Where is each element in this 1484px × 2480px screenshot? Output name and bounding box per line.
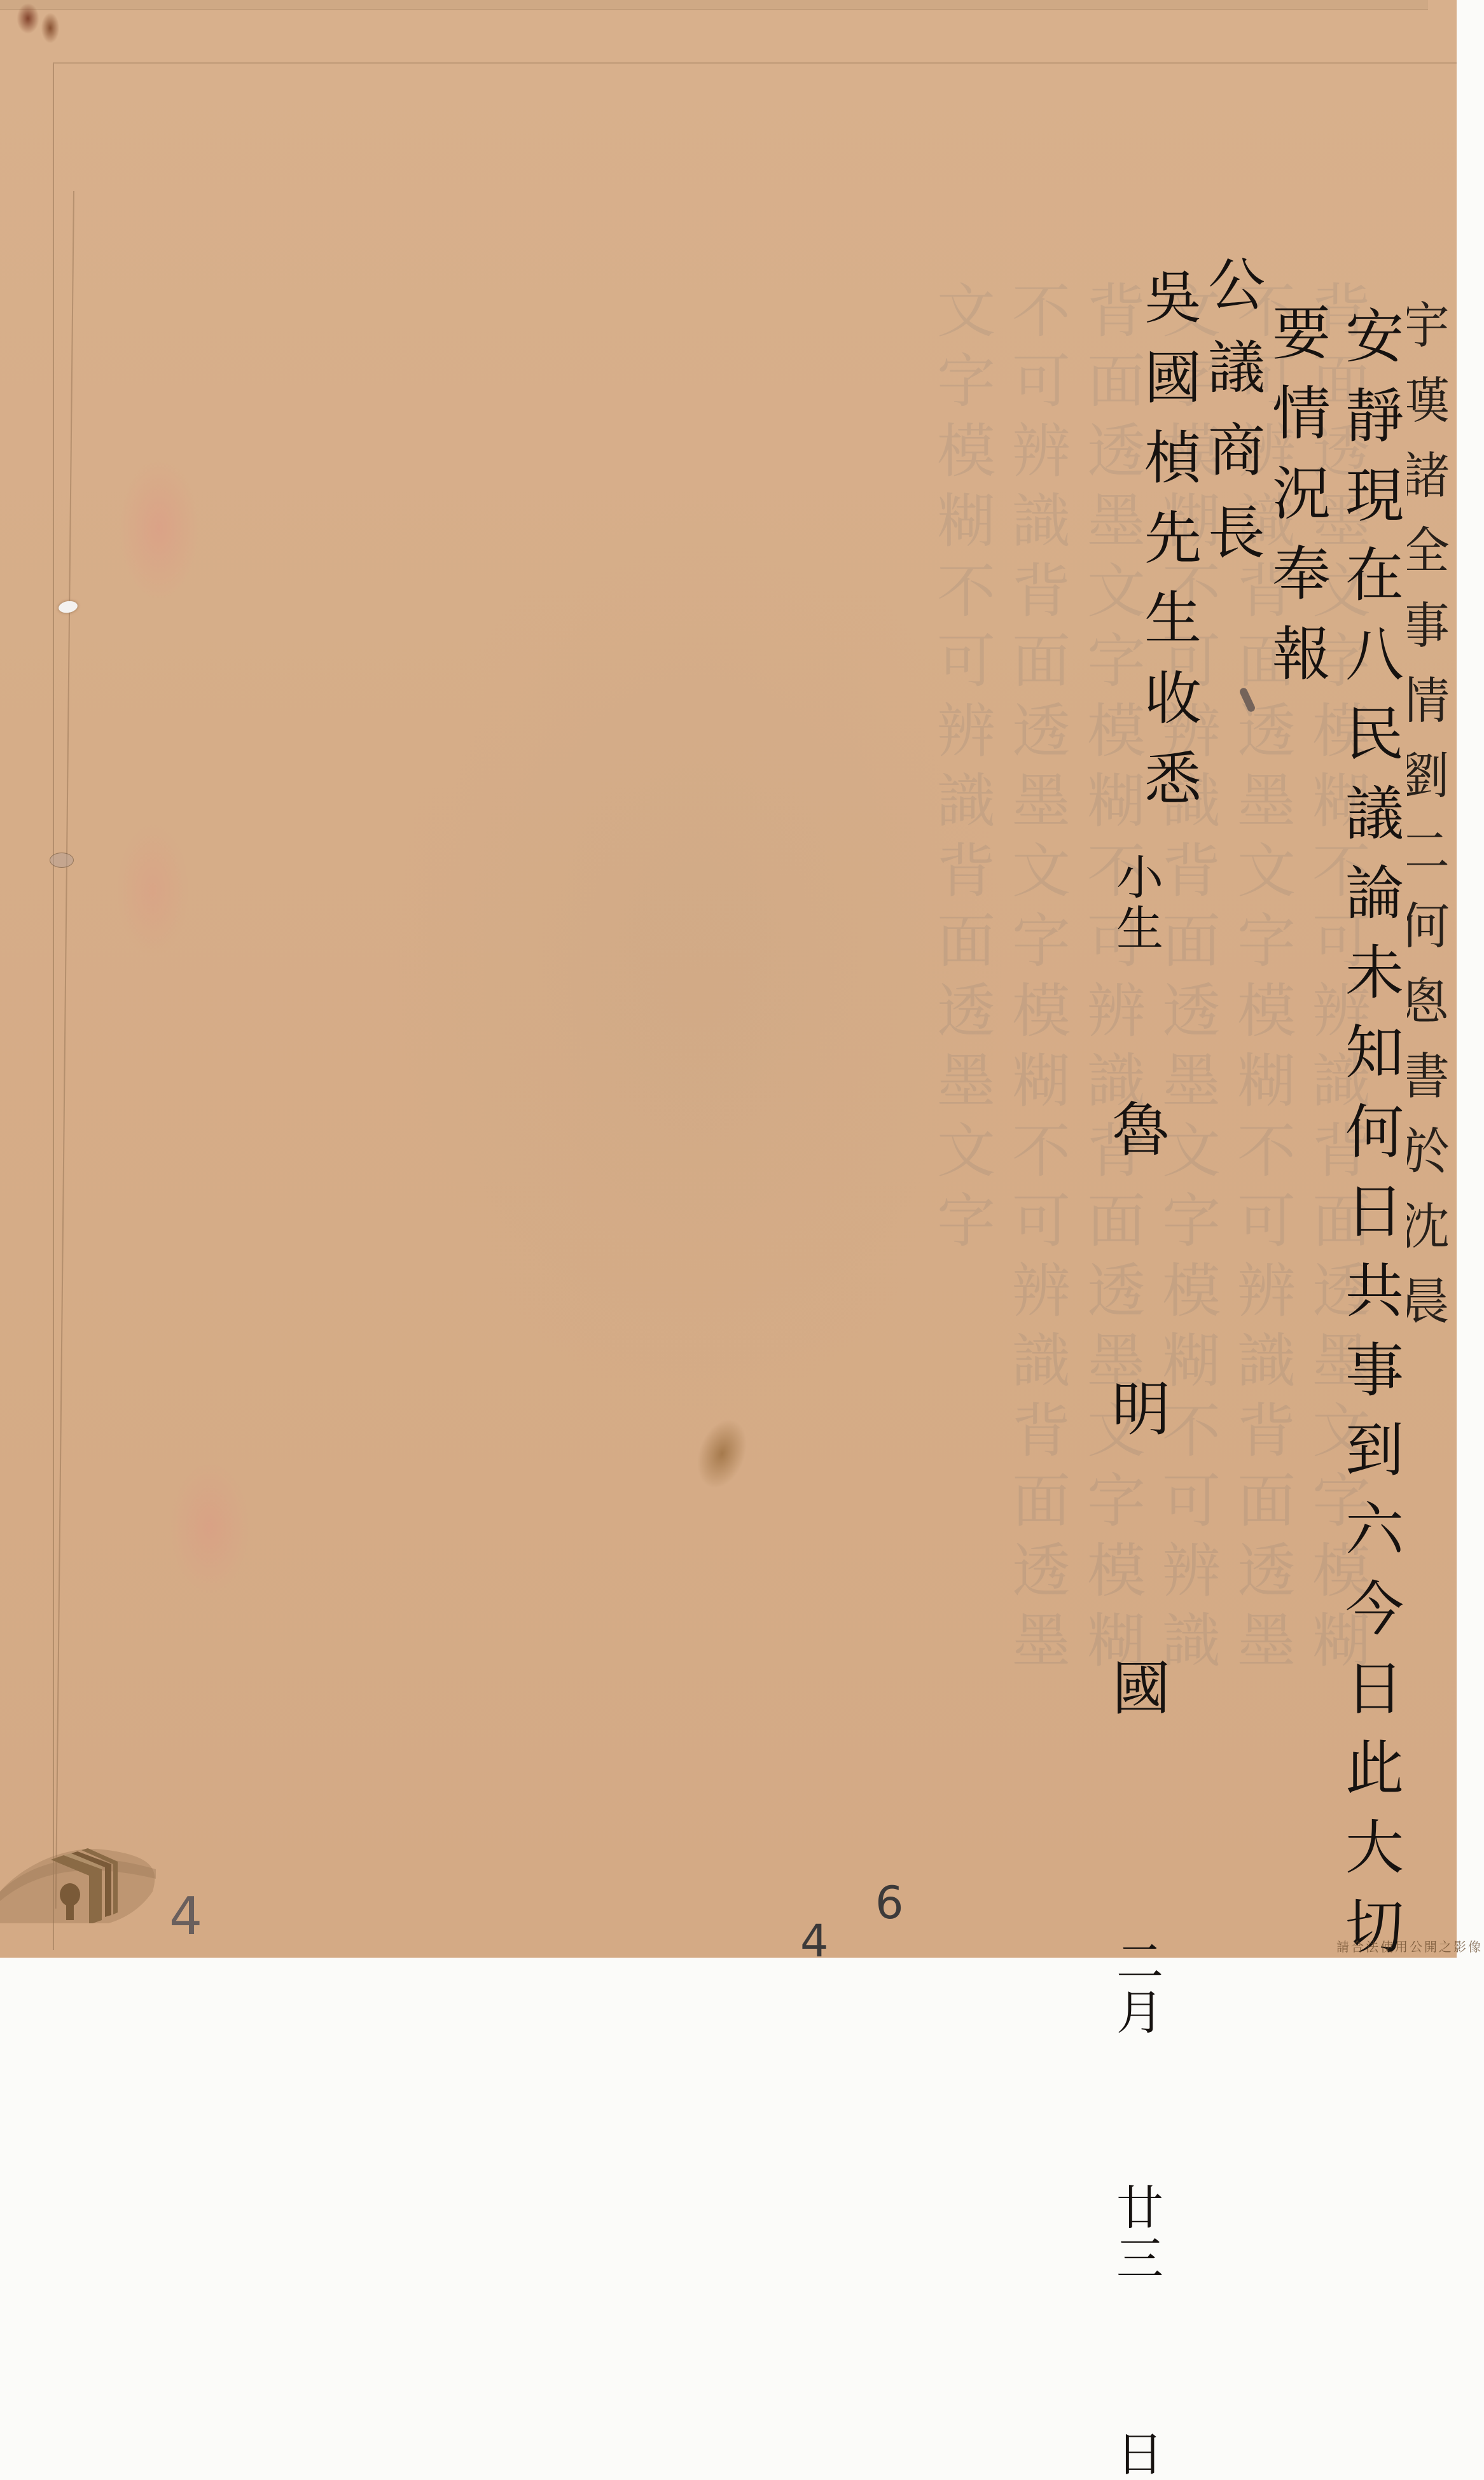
corner-stain xyxy=(9,3,60,53)
letter-column-4: 公議商長 xyxy=(1196,254,1266,585)
top-paper-strip xyxy=(0,0,1428,10)
document-page: 背面透墨文字模糊不可辨識背面透墨文字模糊不可辨識背面透墨文字模糊不可辨識背面透墨… xyxy=(0,0,1457,1958)
sender-name-char-1: 魯 xyxy=(1094,1099,1178,1234)
archive-logo-icon xyxy=(0,1831,159,1923)
letter-column-3: 要情況奉報 xyxy=(1261,302,1331,703)
addressee-column: 吳國楨先生收悉 xyxy=(1132,267,1202,828)
date-month: 二月 xyxy=(1102,1937,1170,1958)
letter-column-2: 安靜現在八民議論未知何日共事到六今日此大切 xyxy=(1335,305,1404,1958)
sender-humble-title: 小生 xyxy=(1102,853,1170,954)
usage-watermark: 請合法使用公開之影像 xyxy=(1336,1937,1483,1955)
pencil-page-number: 4 xyxy=(169,1886,202,1947)
sender-name-char-3: 國 xyxy=(1094,1657,1178,1792)
folio-number: 4 xyxy=(800,1915,829,1958)
letter-column-1: 宇嘆諸全事情劉二何悤書於沈晨 xyxy=(1407,299,1455,1350)
scan-margin xyxy=(1457,0,1484,1958)
folio-number-superscript: 6 xyxy=(875,1877,904,1929)
binding-hole-lower xyxy=(50,853,74,868)
sender-name-char-2: 明 xyxy=(1094,1378,1178,1513)
signature-block: 小生 魯 明 國 二月 廿三 日 xyxy=(1094,853,1178,1958)
